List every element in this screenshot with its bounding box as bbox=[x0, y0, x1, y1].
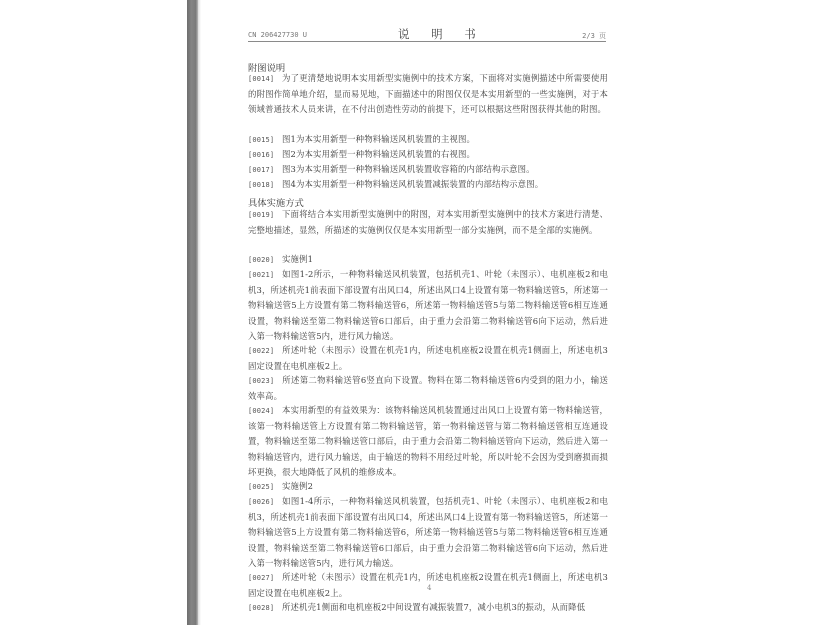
paragraph-0021: [0021]如图1-2所示，一种物料输送风机装置，包括机壳1、叶轮（未图示）、电… bbox=[248, 267, 608, 344]
paragraph-text: 所述第二物料输送管6竖直向下设置。物料在第二物料输送管6内受到的阻力小，输送效率… bbox=[248, 375, 608, 401]
paragraph-number: [0028] bbox=[248, 601, 282, 616]
paragraph-number: [0021] bbox=[248, 268, 282, 283]
paragraph-number: [0026] bbox=[248, 495, 282, 510]
page-indicator: 2/3 页 bbox=[582, 31, 606, 41]
paragraph-0022: [0022]所述叶轮（未图示）设置在机壳1内，所述电机座板2设置在机壳1侧面上，… bbox=[248, 343, 608, 374]
paragraph-0015: [0015]图1为本实用新型一种物料输送风机装置的主视图。 bbox=[248, 132, 608, 148]
paragraph-text: 图4为本实用新型一种物料输送风机装置减振装置的内部结构示意图。 bbox=[282, 179, 543, 189]
paragraph-number: [0024] bbox=[248, 404, 282, 419]
paragraph-number: [0019] bbox=[248, 208, 282, 223]
paragraph-text: 下面将结合本实用新型实施例中的附图，对本实用新型实施例中的技术方案进行清楚、完整… bbox=[248, 209, 608, 235]
paragraph-number: [0018] bbox=[248, 178, 282, 193]
paragraph-0024: [0024]本实用新型的有益效果为：该物料输送风机装置通过出风口上设置有第一物料… bbox=[248, 403, 608, 480]
paragraph-0018: [0018]图4为本实用新型一种物料输送风机装置减振装置的内部结构示意图。 bbox=[248, 177, 608, 193]
paragraph-text: 本实用新型的有益效果为：该物料输送风机装置通过出风口上设置有第一物料输送管，该第… bbox=[248, 405, 608, 477]
paragraph-text: 实施例2 bbox=[282, 481, 313, 491]
paragraph-0020: [0020]实施例1 bbox=[248, 252, 608, 268]
paragraph-text: 如图1-4所示，一种物料输送风机装置，包括机壳1、叶轮（未图示）、电机座板2和电… bbox=[248, 496, 608, 568]
paragraph-number: [0017] bbox=[248, 163, 282, 178]
paragraph-number: [0027] bbox=[248, 571, 282, 586]
paragraph-number: [0020] bbox=[248, 253, 282, 268]
paragraph-0017: [0017]图3为本实用新型一种物料输送风机装置收容箱的内部结构示意图。 bbox=[248, 162, 608, 178]
paragraph-number: [0025] bbox=[248, 480, 282, 495]
paragraph-text: 图2为本实用新型一种物料输送风机装置的右视图。 bbox=[282, 149, 475, 159]
paragraph-text: 为了更清楚地说明本实用新型实施例中的技术方案，下面将对实施例描述中所需要使用的附… bbox=[248, 73, 608, 114]
paragraph-text: 所述机壳1侧面和电机座板2中间设置有减振装置7，减小电机3的振动，从而降低 bbox=[282, 602, 585, 612]
document-title: 说 明 书 bbox=[398, 26, 485, 42]
paragraph-text: 实施例1 bbox=[282, 254, 313, 264]
page-header: CN 206427730 U 说 明 书 2/3 页 bbox=[248, 27, 606, 42]
page-number: 4 bbox=[427, 584, 431, 592]
paragraph-0023: [0023]所述第二物料输送管6竖直向下设置。物料在第二物料输送管6内受到的阻力… bbox=[248, 373, 608, 404]
paragraph-text: 图1为本实用新型一种物料输送风机装置的主视图。 bbox=[282, 134, 475, 144]
paragraph-number: [0015] bbox=[248, 133, 282, 148]
paragraph-number: [0016] bbox=[248, 148, 282, 163]
paragraph-text: 如图1-2所示，一种物料输送风机装置，包括机壳1、叶轮（未图示）、电机座板2和电… bbox=[248, 269, 608, 341]
scanner-shadow-edge bbox=[198, 0, 201, 625]
paragraph-0028: [0028]所述机壳1侧面和电机座板2中间设置有减振装置7，减小电机3的振动，从… bbox=[248, 600, 608, 616]
paragraph-0014: [0014]为了更清楚地说明本实用新型实施例中的技术方案，下面将对实施例描述中所… bbox=[248, 71, 608, 118]
paragraph-0019: [0019]下面将结合本实用新型实施例中的附图，对本实用新型实施例中的技术方案进… bbox=[248, 207, 608, 238]
paragraph-text: 所述叶轮（未图示）设置在机壳1内，所述电机座板2设置在机壳1侧面上，所述电机3固… bbox=[248, 345, 608, 371]
document-page: CN 206427730 U 说 明 书 2/3 页 附图说明 [0014]为了… bbox=[248, 0, 606, 625]
paragraph-text: 图3为本实用新型一种物料输送风机装置收容箱的内部结构示意图。 bbox=[282, 164, 535, 174]
paragraph-0026: [0026]如图1-4所示，一种物料输送风机装置，包括机壳1、叶轮（未图示）、电… bbox=[248, 494, 608, 571]
paragraph-number: [0023] bbox=[248, 374, 282, 389]
paragraph-number: [0022] bbox=[248, 344, 282, 359]
paragraph-number: [0014] bbox=[248, 72, 282, 87]
paragraph-0016: [0016]图2为本实用新型一种物料输送风机装置的右视图。 bbox=[248, 147, 608, 163]
paragraph-0025: [0025]实施例2 bbox=[248, 479, 608, 495]
scanner-shadow-strip bbox=[187, 0, 198, 625]
patent-number: CN 206427730 U bbox=[248, 31, 307, 39]
